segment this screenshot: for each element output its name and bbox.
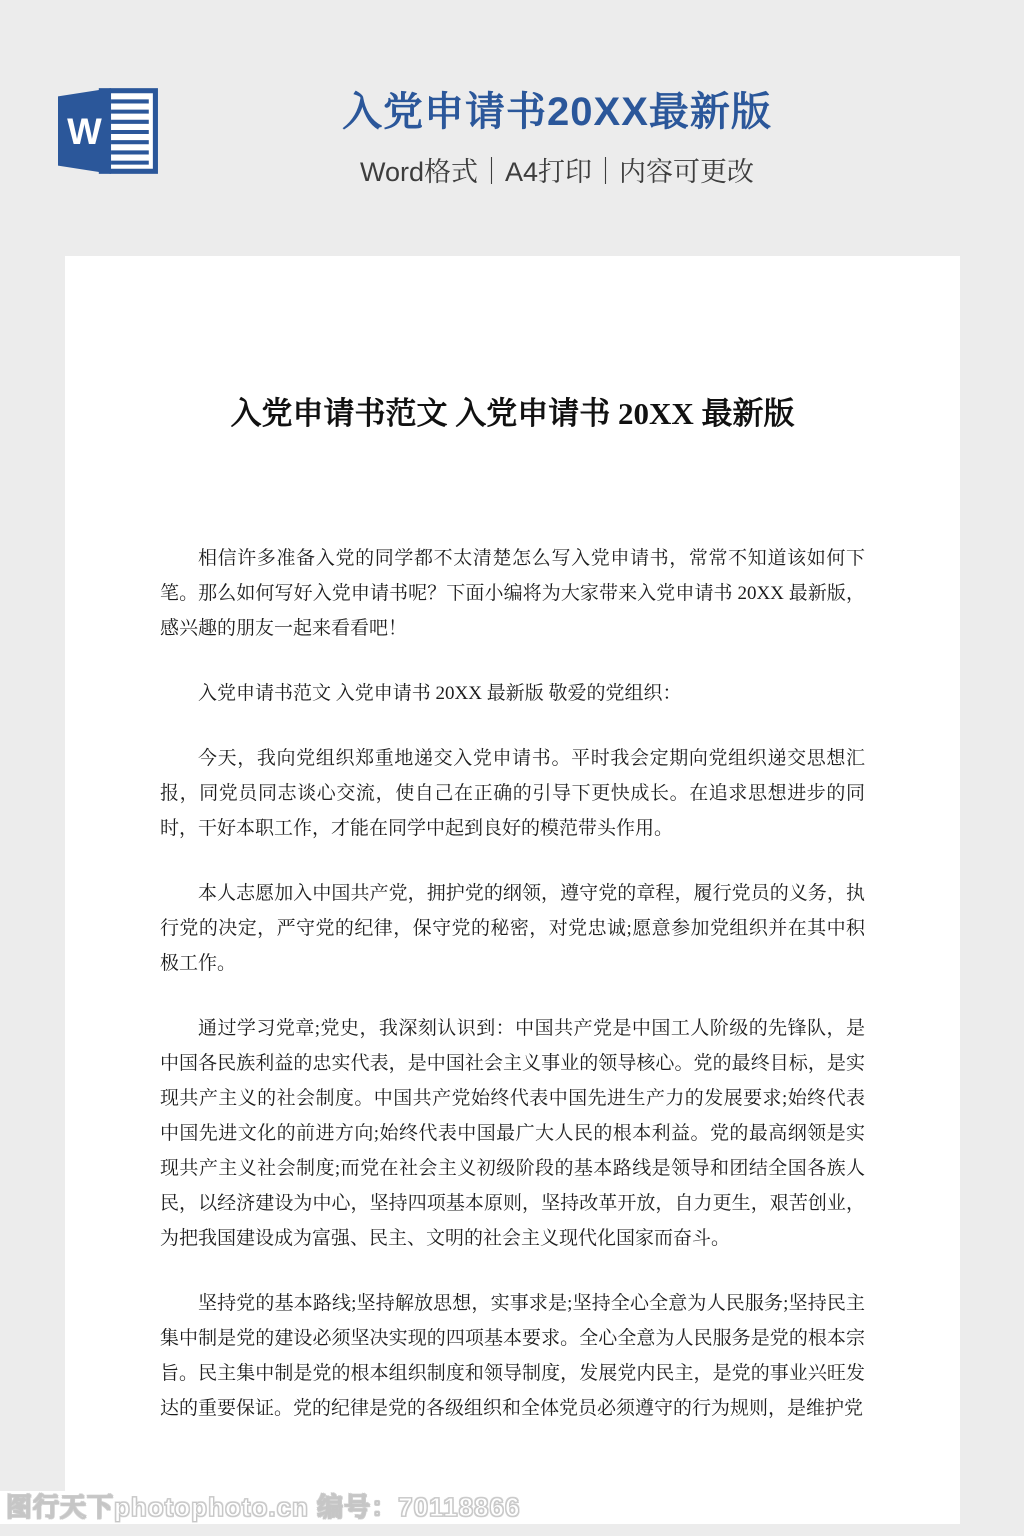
paragraph: 今天，我向党组织郑重地递交入党申请书。平时我会定期向党组织递交思想汇报，同党员同… xyxy=(160,741,865,846)
paragraph: 通过学习党章;党史，我深刻认识到：中国共产党是中国工人阶级的先锋队，是中国各民族… xyxy=(160,1011,865,1256)
header: W 入党申请书20XX最新版 Word格式｜A4打印｜内容可更改 xyxy=(0,0,1024,256)
document-title: 入党申请书范文 入党申请书 20XX 最新版 xyxy=(160,392,865,436)
paragraph: 相信许多准备入党的同学都不太清楚怎么写入党申请书，常常不知道该如何下笔。那么如何… xyxy=(160,541,865,646)
watermark-bar: 图行天下photophoto.cn 编号：70118866 xyxy=(0,1491,960,1524)
screen: W 入党申请书20XX最新版 Word格式｜A4打印｜内容可更改 入党申请书范文… xyxy=(0,0,1024,1536)
paragraph: 坚持党的基本路线;坚持解放思想，实事求是;坚持全心全意为人民服务;坚持民主集中制… xyxy=(160,1286,865,1426)
header-title: 入党申请书20XX最新版 xyxy=(90,88,1024,136)
paragraph: 入党申请书范文 入党申请书 20XX 最新版 敬爱的党组织： xyxy=(160,676,865,711)
paragraph: 本人志愿加入中国共产党，拥护党的纲领，遵守党的章程，履行党员的义务，执行党的决定… xyxy=(160,876,865,981)
header-subtitle: Word格式｜A4打印｜内容可更改 xyxy=(90,154,1024,190)
document-body: 相信许多准备入党的同学都不太清楚怎么写入党申请书，常常不知道该如何下笔。那么如何… xyxy=(160,541,865,1426)
watermark-text: 图行天下photophoto.cn 编号：70118866 xyxy=(0,1491,960,1524)
document-page: 入党申请书范文 入党申请书 20XX 最新版 相信许多准备入党的同学都不太清楚怎… xyxy=(65,256,960,1524)
